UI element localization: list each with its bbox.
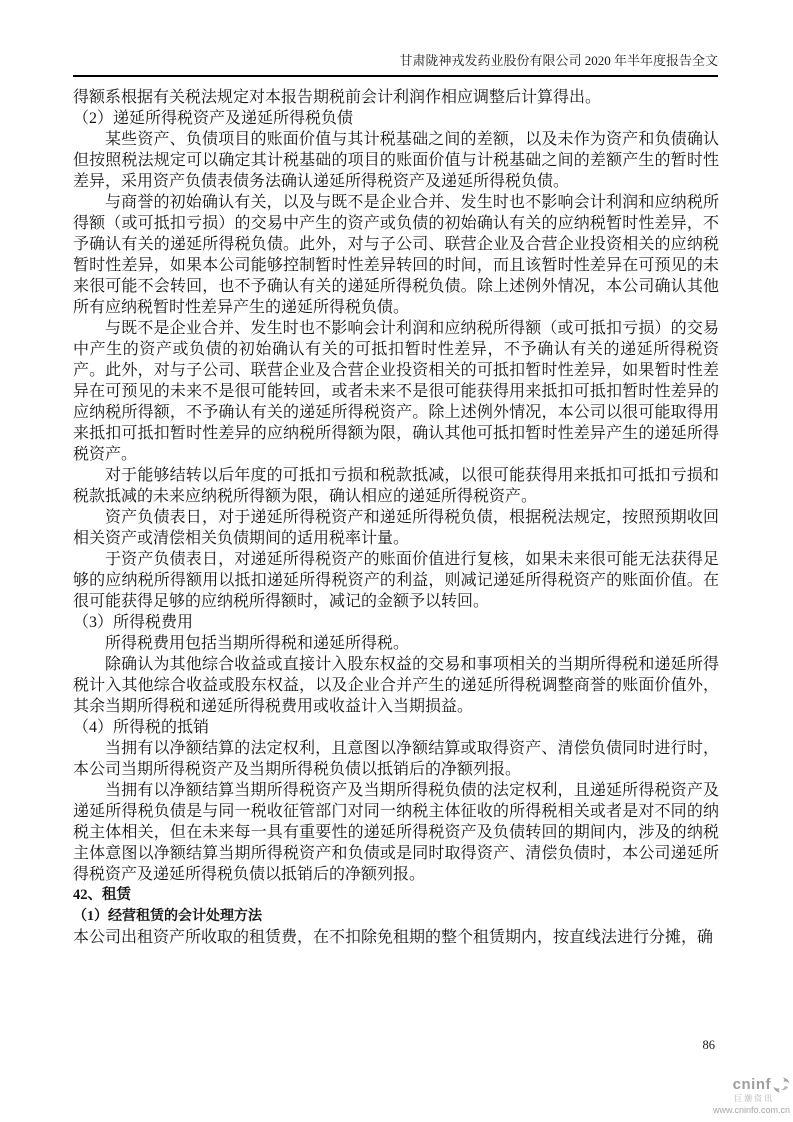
paragraph: 资产负债表日，对于递延所得税资产和递延所得税负债，根据税法规定，按照预期收回相关… (73, 507, 719, 549)
paragraph: 得额系根据有关税法规定对本报告期税前会计利润作相应调整后计算得出。 (73, 87, 719, 108)
section-heading: 42、租赁 (73, 885, 719, 906)
report-title: 甘肃陇神戎发药业股份有限公司 2020 年半年度报告全文 (399, 53, 718, 68)
paragraph: 对于能够结转以后年度的可抵扣亏损和税款抵减，以很可能获得用来抵扣可抵扣亏损和税款… (73, 465, 719, 507)
report-page: 甘肃陇神戎发药业股份有限公司 2020 年半年度报告全文 得额系根据有关税法规定… (0, 0, 793, 1122)
page-number: 86 (703, 1038, 716, 1053)
paragraph: 某些资产、负债项目的账面价值与其计税基础之间的差额，以及未作为资产和负债确认但按… (73, 129, 719, 192)
paragraph: 当拥有以净额结算当期所得税资产及当期所得税负债的法定权利，且递延所得税资产及递延… (73, 780, 719, 885)
subsection-heading: （1）经营租赁的会计处理方法 (73, 906, 719, 927)
page-content: 得额系根据有关税法规定对本报告期税前会计利润作相应调整后计算得出。 （2）递延所… (73, 87, 719, 948)
paragraph: 当拥有以净额结算的法定权利，且意图以净额结算或取得资产、清偿负债同时进行时，本公… (73, 738, 719, 780)
list-heading: （2）递延所得税资产及递延所得税负债 (73, 108, 719, 129)
swirl-icon (773, 1077, 790, 1093)
cninfo-brand-text: cninf (733, 1077, 771, 1093)
list-heading: （4）所得税的抵销 (73, 717, 719, 738)
paragraph: 除确认为其他综合收益或直接计入股东权益的交易和事项相关的当期所得税和递延所得税计… (73, 654, 719, 717)
cninfo-chinese-name: 巨潮资讯 (670, 1094, 790, 1103)
paragraph: 所得税费用包括当期所得税和递延所得税。 (73, 633, 719, 654)
page-header: 甘肃陇神戎发药业股份有限公司 2020 年半年度报告全文 (73, 52, 718, 77)
paragraph: 本公司出租资产所收取的租赁费，在不扣除免租期的整个租赁期内，按直线法进行分摊，确 (73, 927, 719, 948)
paragraph: 与商誉的初始确认有关，以及与既不是企业合并、发生时也不影响会计利润和应纳税所得额… (73, 192, 719, 318)
cninfo-brand-row: cninf (670, 1077, 790, 1093)
paragraph: 与既不是企业合并、发生时也不影响会计利润和应纳税所得额（或可抵扣亏损）的交易中产… (73, 318, 719, 465)
cninfo-logo: cninf 巨潮资讯 www.cninfo.com.cn (670, 1077, 790, 1116)
list-heading: （3）所得税费用 (73, 612, 719, 633)
paragraph: 于资产负债表日，对递延所得税资产的账面价值进行复核，如果未来很可能无法获得足够的… (73, 549, 719, 612)
cninfo-url: www.cninfo.com.cn (670, 1105, 790, 1116)
